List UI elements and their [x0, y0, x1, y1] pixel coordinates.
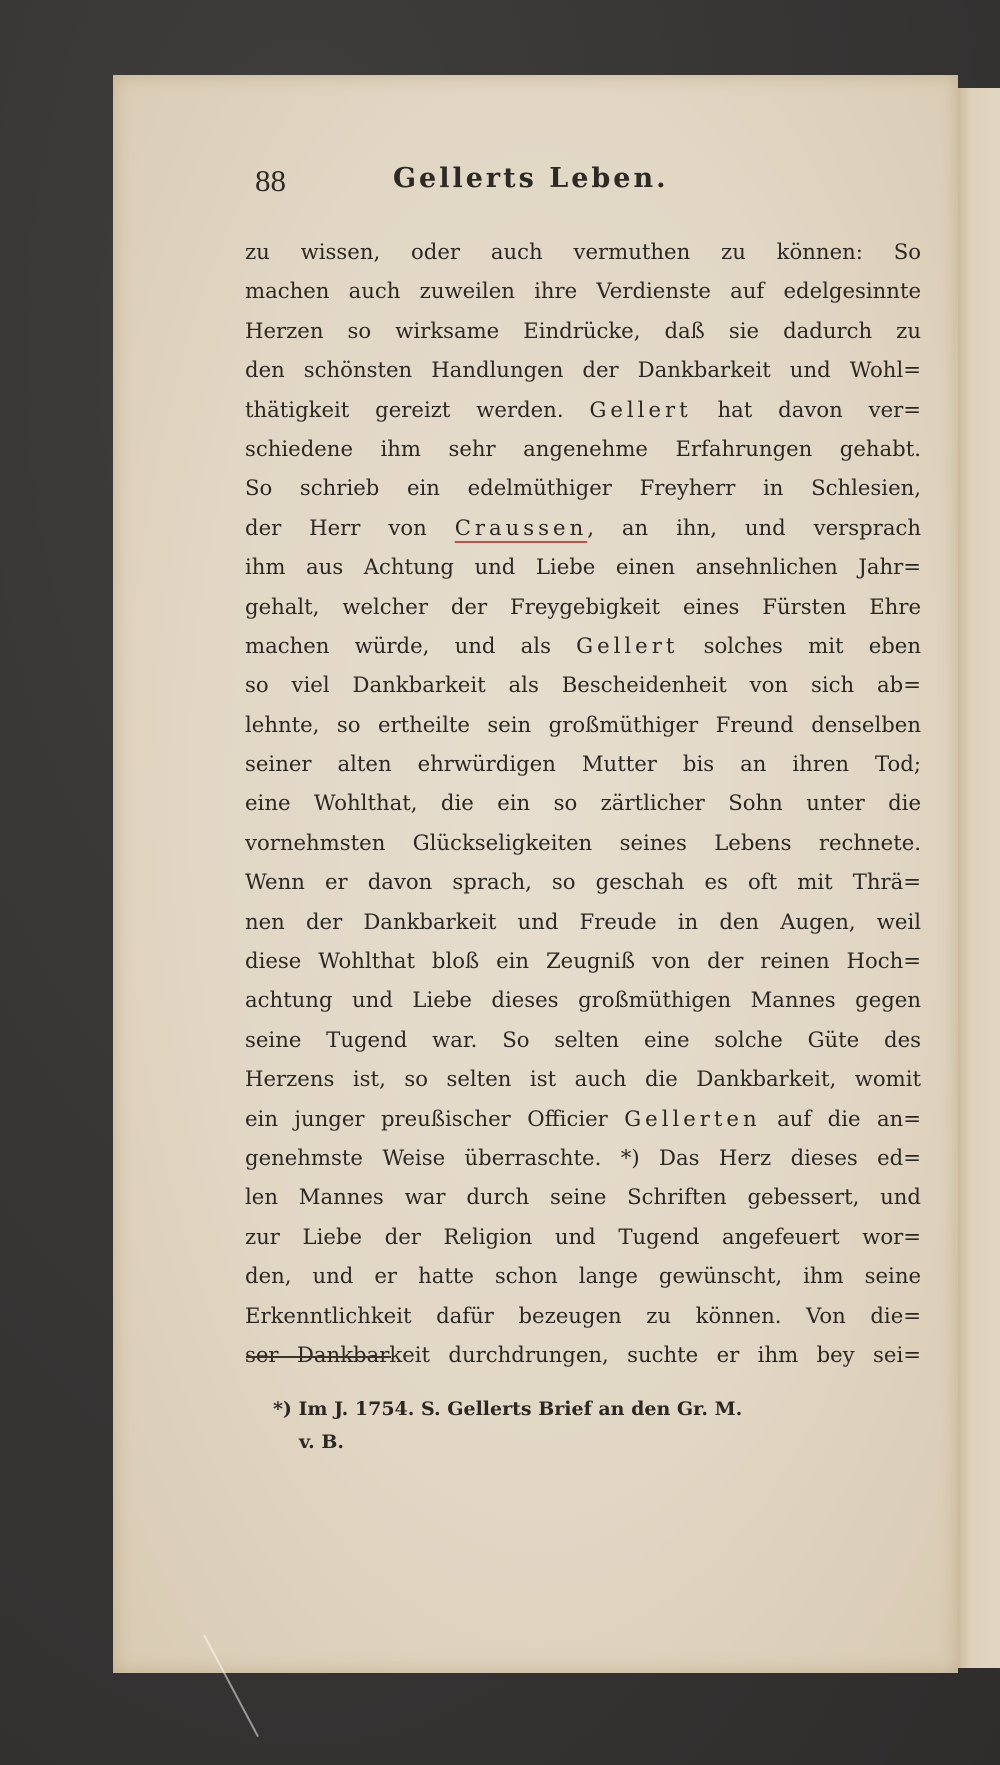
text-segment: thätigkeit gereizt werden.: [245, 397, 589, 422]
text-line: ser Dankbarkeit durchdrungen, suchte er …: [245, 1335, 921, 1374]
text-segment: auf die an=: [761, 1106, 921, 1131]
text-line: Herzen so wirksame Eindrücke, daß sie da…: [245, 311, 921, 350]
name-gellert: Gellert: [589, 397, 691, 422]
text-line: der Herr von Craussen, an ihn, und versp…: [245, 508, 921, 547]
text-segment: , an ihn, und versprach: [587, 515, 921, 540]
adjacent-page-edge: [956, 88, 1000, 1668]
text-segment: solches mit eben: [678, 633, 921, 658]
text-line: so viel Dankbarkeit als Bescheidenheit v…: [245, 665, 921, 704]
text-line: thätigkeit gereizt werden. Gellert hat d…: [245, 390, 921, 429]
text-line: genehmste Weise überraschte. *) Das Herz…: [245, 1138, 921, 1177]
text-line: eine Wohlthat, die ein so zärtlicher Soh…: [245, 783, 921, 822]
text-line: nen der Dankbarkeit und Freude in den Au…: [245, 902, 921, 941]
text-line: diese Wohlthat bloß ein Zeugniß von der …: [245, 941, 921, 980]
text-segment: der Herr von: [245, 515, 455, 540]
text-line: seine Tugend war. So selten eine solche …: [245, 1020, 921, 1059]
text-line: zu wissen, oder auch vermuthen zu können…: [245, 232, 921, 271]
text-line: vornehmsten Glückseligkeiten seines Lebe…: [245, 823, 921, 862]
running-title: Gellerts Leben.: [393, 163, 668, 194]
text-line: Herzens ist, so selten ist auch die Dank…: [245, 1059, 921, 1098]
footnote: *) Im J. 1754. S. Gellerts Brief an den …: [273, 1393, 923, 1459]
page-number: 88: [255, 163, 286, 199]
text-line: ihm aus Achtung und Liebe einen ansehnli…: [245, 547, 921, 586]
text-segment: ein junger preußischer Officier: [245, 1106, 624, 1131]
body-text: zu wissen, oder auch vermuthen zu können…: [245, 232, 921, 1374]
text-line: ein junger preußischer Officier Gellerte…: [245, 1099, 921, 1138]
text-line: So schrieb ein edelmüthiger Freyherr in …: [245, 468, 921, 507]
text-line: gehalt, welcher der Freygebigkeit eines …: [245, 587, 921, 626]
text-line: achtung und Liebe dieses großmüthigen Ma…: [245, 980, 921, 1019]
book-page: 88 Gellerts Leben. zu wissen, oder auch …: [113, 75, 958, 1673]
text-segment: hat davon ver=: [692, 397, 921, 422]
page-header: 88 Gellerts Leben.: [113, 163, 958, 203]
name-gellert: Gellert: [576, 633, 678, 658]
text-line: lehnte, so ertheilte sein großmüthiger F…: [245, 705, 921, 744]
text-line: schiedene ihm sehr angenehme Erfahrungen…: [245, 429, 921, 468]
footnote-line: *) Im J. 1754. S. Gellerts Brief an den …: [273, 1393, 923, 1426]
text-line: machen auch zuweilen ihre Verdienste auf…: [245, 271, 921, 310]
text-line: len Mannes war durch seine Schriften geb…: [245, 1177, 921, 1216]
text-line: den schönsten Handlungen der Dankbarkeit…: [245, 350, 921, 389]
text-line: zur Liebe der Religion und Tugend angefe…: [245, 1217, 921, 1256]
text-line: seiner alten ehrwürdigen Mutter bis an i…: [245, 744, 921, 783]
text-line: Wenn er davon sprach, so geschah es oft …: [245, 862, 921, 901]
footnote-line: v. B.: [273, 1426, 923, 1459]
text-line: den, und er hatte schon lange gewünscht,…: [245, 1256, 921, 1295]
text-line: Erkenntlichkeit dafür bezeugen zu können…: [245, 1296, 921, 1335]
name-craussen-underlined: Craussen: [455, 515, 588, 540]
name-gellerten: Gellerten: [624, 1106, 760, 1131]
text-segment: machen würde, und als: [245, 633, 576, 658]
text-line: machen würde, und als Gellert solches mi…: [245, 626, 921, 665]
footnote-divider: [246, 1356, 391, 1358]
